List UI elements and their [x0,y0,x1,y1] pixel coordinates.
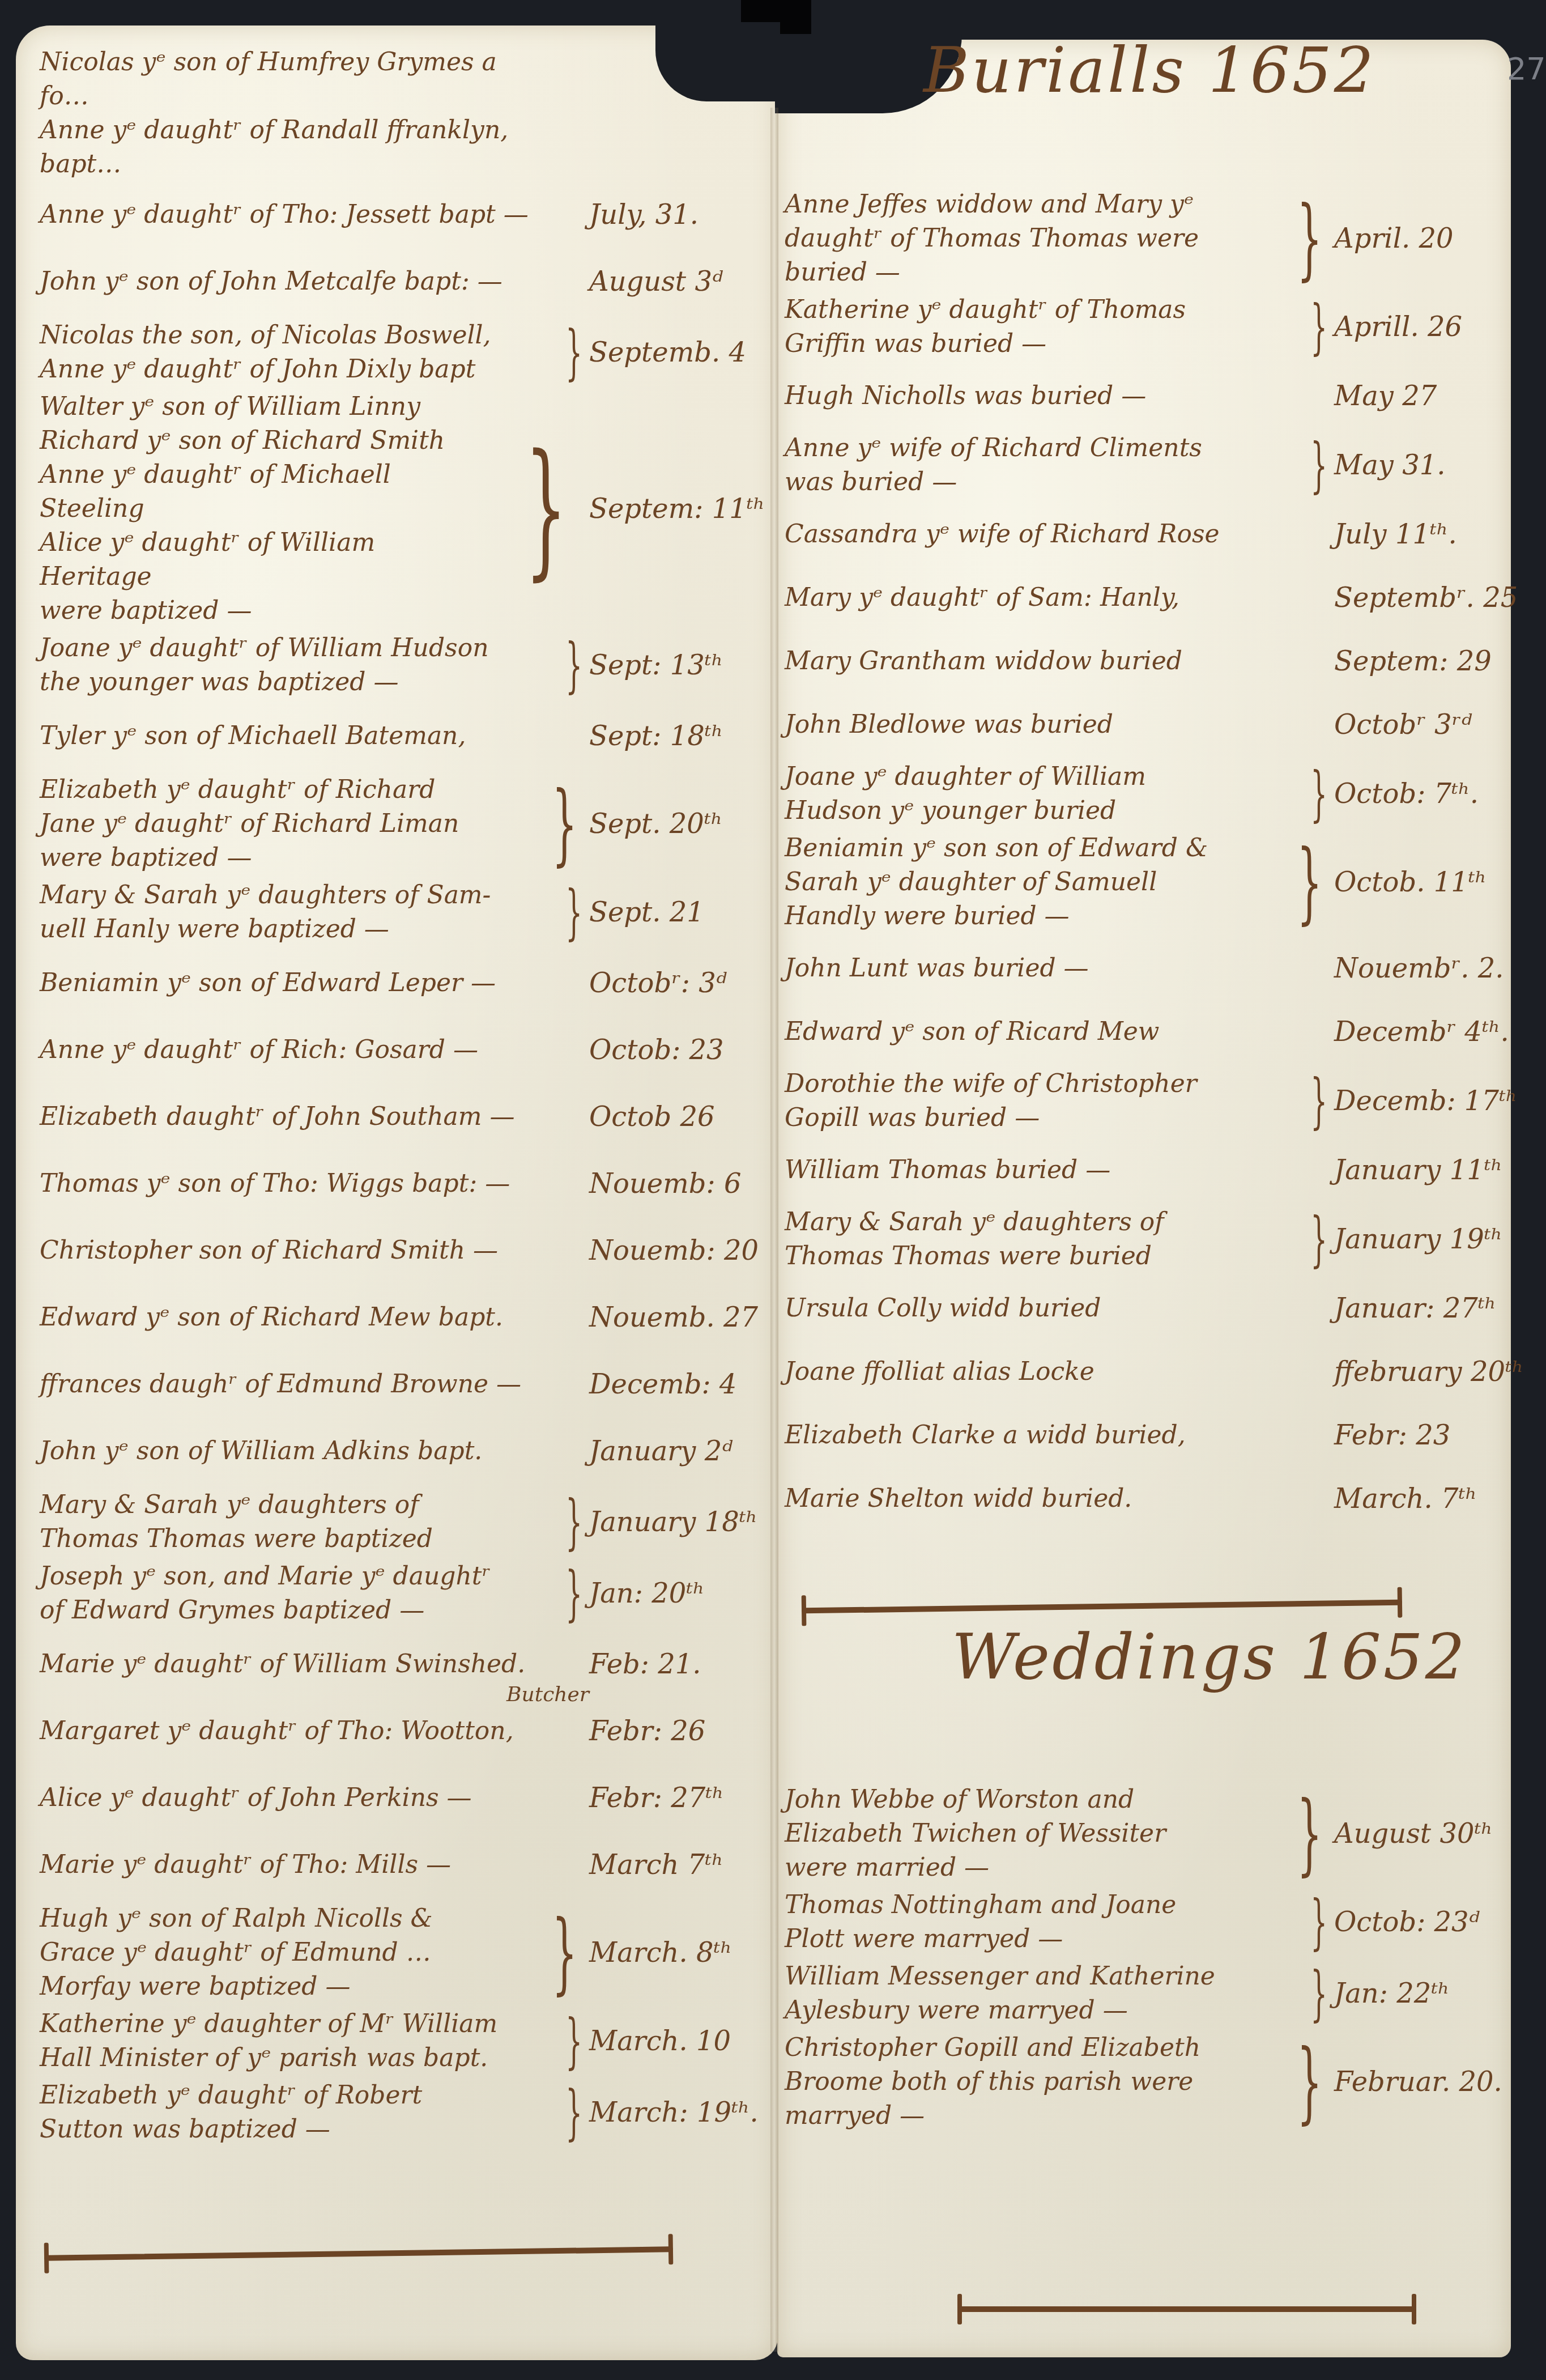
entry-line: John Bledlowe was buried [785,708,1295,742]
register-entry: Nicolas yᵉ son of Humfrey Grymes a fo… } [40,45,759,113]
entry-date: Sept: 13ᵗʰ [589,649,759,681]
register-entry: Joane ffolliat alias Locke } ffebruary 2… [785,1340,1504,1404]
register-entry: Joseph yᵉ son, and Marie yᵉ daughtʳof Ed… [40,1559,759,1627]
entry-text: Joane yᵉ daughtʳ of William Hudsonthe yo… [40,631,559,699]
entry-text: Mary & Sarah yᵉ daughters ofThomas Thoma… [785,1205,1304,1273]
register-entry: Walter yᵉ son of William LinnyRichard yᵉ… [40,390,759,628]
entry-line: John Webbe of Worston and [785,1783,1274,1817]
entry-line: Joseph yᵉ son, and Marie yᵉ daughtʳ [40,1559,547,1593]
entry-text: John yᵉ son of John Metcalfe bapt: — [40,265,561,299]
entry-line: William Thomas buried — [785,1153,1295,1187]
entry-text: Joane ffolliat alias Locke [785,1355,1306,1389]
brace-mark: } [1297,2038,1322,2126]
entry-text: Dorothie the wife of ChristopherGopill w… [785,1067,1304,1135]
entry-line: Elizabeth Twichen of Wessiter [785,1817,1274,1851]
brace-mark: } [565,883,582,942]
entry-date: March. 7ᵗʰ [1334,1483,1504,1515]
entry-line: William Messenger and Katherine [785,1960,1292,1994]
register-entry: Hugh yᵉ son of Ralph Nicolls &Grace yᵉ d… [40,1902,759,2004]
entry-line: Mary Grantham widdow buried [785,644,1295,678]
register-entry: Mary yᵉ daughtʳ of Sam: Hanly, } Septemb… [785,566,1504,630]
brace-mark: } [1310,436,1327,495]
entry-date: Jan: 22ᵗʰ [1334,1978,1504,2009]
entry-text: Hugh Nicholls was buried — [785,379,1306,413]
entry-line: Nicolas the son, of Nicolas Boswell, [40,318,547,352]
register-entry: Ursula Colly widd buried } Januar: 27ᵗʰ [785,1277,1504,1340]
entry-line: Beniamin yᵉ son of Edward Leper — [40,966,550,1000]
entry-date: August 3ᵈ [589,266,759,297]
entry-line: daughtʳ of Thomas Thomas were [785,222,1274,256]
entry-date: Nouemb: 6 [589,1168,759,1200]
entry-text: Edward yᵉ son of Richard Mew bapt. [40,1300,561,1334]
entry-line: Anne yᵉ daughtʳ of John Dixly bapt [40,352,547,386]
entry-line: Marie yᵉ daughtʳ of Tho: Mills — [40,1848,550,1882]
entry-date: Febr: 26 [589,1715,759,1747]
brace-mark: } [1297,1790,1322,1878]
entry-line: Elizabeth daughtʳ of John Southam — [40,1100,550,1134]
entry-line: Joane ffolliat alias Locke [785,1355,1295,1389]
entry-date: Octob: 7ᵗʰ. [1334,778,1504,810]
entry-date: July, 31. [589,199,759,231]
entry-date: Decembʳ 4ᵗʰ. [1334,1016,1504,1048]
entry-date: Feb: 21. [589,1648,759,1680]
entry-line: Hugh Nicholls was buried — [785,379,1295,413]
entry-text: Beniamin yᵉ son son of Edward &Sarah yᵉ … [785,831,1285,933]
entry-line: Edward yᵉ son of Richard Mew bapt. [40,1300,550,1334]
entry-line: Beniamin yᵉ son son of Edward & [785,831,1274,865]
entry-line: Mary & Sarah yᵉ daughters of [785,1205,1292,1239]
register-entry: Edward yᵉ son of Ricard Mew } Decembʳ 4ᵗ… [785,1000,1504,1064]
register-entry: Margaret yᵉ daughtʳ of Tho: Wootton, } F… [40,1698,759,1765]
entry-text: William Messenger and KatherineAylesbury… [785,1960,1304,2028]
entry-date: March: 19ᵗʰ. [589,2097,759,2128]
entry-line: Dorothie the wife of Christopher [785,1067,1292,1101]
entry-date: March. 10 [589,2025,759,2057]
burials-heading: Burialls 1652 [923,34,1376,107]
brace-mark: } [565,1564,582,1623]
entry-text: Edward yᵉ son of Ricard Mew [785,1015,1306,1049]
baptism-list: Nicolas yᵉ son of Humfrey Grymes a fo… }… [40,45,759,2150]
entry-text: Katherine yᵉ daughtʳ of ThomasGriffin wa… [785,293,1304,361]
entry-line: Elizabeth yᵉ daughtʳ of Richard [40,773,529,807]
page-gutter [770,108,778,2352]
register-entry: Beniamin yᵉ son son of Edward &Sarah yᵉ … [785,831,1504,933]
entry-date: Decemb: 4 [589,1368,759,1400]
entry-text: Nicolas the son, of Nicolas Boswell,Anne… [40,318,559,386]
entry-line: Broome both of this parish were [785,2065,1274,2099]
register-entry: Dorothie the wife of ChristopherGopill w… [785,1067,1504,1135]
entry-line: Tyler yᵉ son of Michaell Bateman, [40,719,550,753]
brace-mark: } [1310,1210,1327,1269]
entry-text: Elizabeth daughtʳ of John Southam — [40,1100,561,1134]
entry-date: January 11ᵗʰ [1334,1154,1504,1186]
entry-date: Decemb: 17ᵗʰ [1334,1085,1504,1117]
entry-line: Sarah yᵉ daughter of Samuell [785,865,1274,899]
entry-line: Mary & Sarah yᵉ daughters of Sam- [40,878,547,912]
register-entry: Anne yᵉ wife of Richard Climentswas buri… [785,431,1504,499]
entry-text: Beniamin yᵉ son of Edward Leper — [40,966,561,1000]
closing-rule-right [957,2306,1416,2312]
entry-text: John Bledlowe was buried [785,708,1306,742]
entry-date: May 31. [1334,449,1504,481]
entry-text: Elizabeth Clarke a widd buried, [785,1418,1306,1452]
entry-text: Marie Shelton widd buried. [785,1482,1306,1516]
entry-text: Thomas Nottingham and JoanePlott were ma… [785,1888,1304,1956]
entry-line: Thomas Thomas were baptized [40,1522,547,1556]
register-entry: ffrances daughʳ of Edmund Browne — } Dec… [40,1351,759,1418]
entry-text: Anne yᵉ wife of Richard Climentswas buri… [785,431,1304,499]
register-entry: Tyler yᵉ son of Michaell Bateman, } Sept… [40,703,759,770]
entry-text: ffrances daughʳ of Edmund Browne — [40,1367,561,1401]
entry-date: Nouemb: 20 [589,1235,759,1266]
entry-date: Septemb. 4 [589,337,759,368]
register-entry: Anne Jeffes widdow and Mary yᵉdaughtʳ of… [785,188,1504,290]
entry-line: Mary yᵉ daughtʳ of Sam: Hanly, [785,581,1295,615]
entry-date: Septem: 29 [1334,645,1504,677]
burial-list: Anne Jeffes widdow and Mary yᵉdaughtʳ of… [785,184,1504,1531]
entry-line: the younger was baptized — [40,665,547,699]
register-entry: Marie yᵉ daughtʳ of William Swinshed. } … [40,1631,759,1698]
register-entry: Marie Shelton widd buried. } March. 7ᵗʰ [785,1467,1504,1531]
entry-text: Elizabeth yᵉ daughtʳ of RichardJane yᵉ d… [40,773,540,875]
entry-date: Febr: 27ᵗʰ [589,1782,759,1814]
entry-date: January 19ᵗʰ [1334,1223,1504,1255]
entry-line: Thomas Thomas were buried [785,1239,1292,1273]
entry-line: Marie Shelton widd buried. [785,1482,1295,1516]
entry-line: Sutton was baptized — [40,2113,547,2147]
register-entry: Katherine yᵉ daughter of Mʳ WilliamHall … [40,2007,759,2075]
entry-line: ffrances daughʳ of Edmund Browne — [40,1367,550,1401]
entry-line: Anne yᵉ wife of Richard Climents [785,431,1292,465]
entry-text: Mary yᵉ daughtʳ of Sam: Hanly, [785,581,1306,615]
entry-text: Katherine yᵉ daughter of Mʳ WilliamHall … [40,2007,559,2075]
register-entry: Marie yᵉ daughtʳ of Tho: Mills — } March… [40,1831,759,1898]
entry-line: Hall Minister of yᵉ parish was bapt. [40,2041,547,2075]
entry-line: Griffin was buried — [785,327,1292,361]
entry-date: Sept. 20ᵗʰ [589,808,759,840]
brace-mark: } [1310,1072,1327,1130]
marginal-annotation: Butcher [506,1683,589,1706]
entry-line: Elizabeth Clarke a widd buried, [785,1418,1295,1452]
register-entry: Katherine yᵉ daughtʳ of ThomasGriffin wa… [785,293,1504,361]
register-entry: William Messenger and KatherineAylesbury… [785,1960,1504,2028]
entry-text: Christopher son of Richard Smith — [40,1234,561,1268]
entry-text: Alice yᵉ daughtʳ of John Perkins — [40,1781,561,1815]
entry-line: John yᵉ son of John Metcalfe bapt: — [40,265,550,299]
entry-text: Walter yᵉ son of William LinnyRichard yᵉ… [40,390,502,628]
entry-line: Anne Jeffes widdow and Mary yᵉ [785,188,1274,222]
entry-line: Anne yᵉ daughtʳ of Rich: Gosard — [40,1033,550,1067]
entry-line: Aylesbury were marryed — [785,1994,1292,2028]
register-entry: Beniamin yᵉ son of Edward Leper — } Octo… [40,950,759,1017]
register-entry: Anne yᵉ daughtʳ of Randall ffranklyn, ba… [40,113,759,181]
entry-text: John Webbe of Worston andElizabeth Twich… [785,1783,1285,1885]
entry-date: ffebruary 20ᵗʰ [1334,1356,1504,1388]
entry-date: Octobʳ 3ʳᵈ [1334,709,1504,741]
register-entry: Christopher Gopill and ElizabethBroome b… [785,2031,1504,2133]
register-entry: John Bledlowe was buried } Octobʳ 3ʳᵈ [785,693,1504,756]
register-entry: Alice yᵉ daughtʳ of John Perkins — } Feb… [40,1765,759,1831]
register-entry: John Webbe of Worston andElizabeth Twich… [785,1783,1504,1885]
entry-text: Thomas yᵉ son of Tho: Wiggs bapt: — [40,1167,561,1201]
entry-line: Joane yᵉ daughter of William [785,760,1292,794]
entry-text: Anne yᵉ daughtʳ of Tho: Jessett bapt — [40,198,561,232]
entry-date: Septembʳ. 25 [1334,582,1504,614]
entry-text: Joane yᵉ daughter of WilliamHudson yᵉ yo… [785,760,1304,828]
entry-date: January 18ᵗʰ [589,1506,759,1538]
entry-line: Marie yᵉ daughtʳ of William Swinshed. [40,1647,550,1681]
register-entry: Mary & Sarah yᵉ daughters ofThomas Thoma… [785,1205,1504,1273]
register-entry: John Lunt was buried — } Nouembʳ. 2. [785,937,1504,1000]
entry-line: uell Hanly were baptized — [40,912,547,946]
entry-date: Februar. 20. [1334,2066,1504,2098]
entry-line: Anne yᵉ daughtʳ of Tho: Jessett bapt — [40,198,550,232]
entry-line: John Lunt was buried — [785,951,1295,985]
register-entry: John yᵉ son of William Adkins bapt. } Ja… [40,1418,759,1485]
entry-line: Edward yᵉ son of Ricard Mew [785,1015,1295,1049]
register-entry: Mary & Sarah yᵉ daughters ofThomas Thoma… [40,1488,759,1556]
register-entry: William Thomas buried — } January 11ᵗʰ [785,1138,1504,1202]
folio-number: 27 [1507,51,1546,87]
entry-date: Sept. 21 [589,896,759,928]
entry-text: Christopher Gopill and ElizabethBroome b… [785,2031,1285,2133]
entry-date: Octob: 23 [589,1034,759,1066]
brace-mark: } [565,323,582,382]
entry-line: Joane yᵉ daughtʳ of William Hudson [40,631,547,665]
entry-line: Christopher Gopill and Elizabeth [785,2031,1274,2065]
entry-line: Grace yᵉ daughtʳ of Edmund … [40,1936,529,1970]
entry-line: Richard yᵉ son of Richard Smith [40,424,491,458]
entry-line: Elizabeth yᵉ daughtʳ of Robert [40,2079,547,2113]
entry-line: Gopill was buried — [785,1101,1292,1135]
entry-date: Octob: 23ᵈ [1334,1906,1504,1938]
entry-text: Tyler yᵉ son of Michaell Bateman, [40,719,561,753]
entry-date: Febr: 23 [1334,1419,1504,1451]
entry-text: Anne yᵉ daughtʳ of Randall ffranklyn, ba… [40,113,561,181]
entry-text: William Thomas buried — [785,1153,1306,1187]
entry-date: July 11ᵗʰ. [1334,518,1504,550]
entry-text: Cassandra yᵉ wife of Richard Rose [785,517,1306,551]
brace-mark: } [1310,1964,1327,2023]
entry-date: Nouembʳ. 2. [1334,953,1504,984]
register-entry: Edward yᵉ son of Richard Mew bapt. } Nou… [40,1284,759,1351]
register-entry: Elizabeth Clarke a widd buried, } Febr: … [785,1404,1504,1467]
register-entry: John yᵉ son of John Metcalfe bapt: — } A… [40,248,759,315]
entry-date: Sept: 18ᵗʰ [589,720,759,752]
entry-line: Anne yᵉ daughtʳ of Randall ffranklyn, ba… [40,113,550,181]
entry-line: Nicolas yᵉ son of Humfrey Grymes a fo… [40,45,550,113]
entry-date: January 2ᵈ [589,1435,759,1467]
entry-line: were married — [785,1851,1274,1885]
entry-line: Anne yᵉ daughtʳ of Michaell Steeling [40,458,491,526]
brace-mark: } [525,435,567,583]
brace-mark: } [552,780,577,868]
entry-line: was buried — [785,465,1292,499]
entry-date: April. 20 [1334,223,1504,254]
entry-line: Katherine yᵉ daughter of Mʳ William [40,2007,547,2041]
brace-mark: } [565,1493,582,1552]
brace-mark: } [565,2083,582,2142]
entry-date: March. 8ᵗʰ [589,1937,759,1969]
entry-line: were baptized — [40,594,491,628]
brace-mark: } [565,636,582,695]
register-entry: Anne yᵉ daughtʳ of Tho: Jessett bapt — }… [40,181,759,248]
entry-text: Anne Jeffes widdow and Mary yᵉdaughtʳ of… [785,188,1285,290]
entry-text: John Lunt was buried — [785,951,1306,985]
register-entry: Mary Grantham widdow buried } Septem: 29 [785,630,1504,693]
register-entry: Joane yᵉ daughter of WilliamHudson yᵉ yo… [785,760,1504,828]
entry-date: Aprill. 26 [1334,311,1504,343]
brace-mark: } [552,1909,577,1997]
brace-mark: } [1310,1893,1327,1952]
register-entry: Elizabeth yᵉ daughtʳ of RichardJane yᵉ d… [40,773,759,875]
register-entry: Christopher son of Richard Smith — } Nou… [40,1217,759,1284]
register-entry: Elizabeth daughtʳ of John Southam — } Oc… [40,1083,759,1150]
entry-line: buried — [785,256,1274,290]
brace-mark: } [1297,838,1322,926]
entry-line: were baptized — [40,841,529,875]
entry-date: May 27 [1334,380,1504,412]
entry-date: Septem: 11ᵗʰ [589,493,759,525]
wedding-list: John Webbe of Worston andElizabeth Twich… [785,1779,1504,2136]
entry-line: Plott were marryed — [785,1922,1292,1956]
brace-mark: } [1310,764,1327,823]
entry-line: marryed — [785,2099,1274,2133]
entry-date: Nouemb. 27 [589,1302,759,1333]
entry-date: Octob 26 [589,1101,759,1133]
entry-text: Nicolas yᵉ son of Humfrey Grymes a fo… [40,45,561,113]
entry-date: August 30ᵗʰ [1334,1818,1504,1850]
entry-line: Mary & Sarah yᵉ daughters of [40,1488,547,1522]
register-entry: Thomas Nottingham and JoanePlott were ma… [785,1888,1504,1956]
entry-date: Jan: 20ᵗʰ [589,1578,759,1609]
register-entry: Mary & Sarah yᵉ daughters of Sam-uell Ha… [40,878,759,946]
entry-date: Octobʳ: 3ᵈ [589,967,759,999]
entry-text: Mary & Sarah yᵉ daughters ofThomas Thoma… [40,1488,559,1556]
entry-text: Joseph yᵉ son, and Marie yᵉ daughtʳof Ed… [40,1559,559,1627]
entry-line: Margaret yᵉ daughtʳ of Tho: Wootton, [40,1714,550,1748]
register-entry: Cassandra yᵉ wife of Richard Rose } July… [785,503,1504,566]
register-entry: Thomas yᵉ son of Tho: Wiggs bapt: — } No… [40,1150,759,1217]
entry-line: Alice yᵉ daughtʳ of William Heritage [40,526,491,594]
entry-line: John yᵉ son of William Adkins bapt. [40,1434,550,1468]
entry-text: Mary & Sarah yᵉ daughters of Sam-uell Ha… [40,878,559,946]
entry-text: Mary Grantham widdow buried [785,644,1306,678]
entry-text: Elizabeth yᵉ daughtʳ of RobertSutton was… [40,2079,559,2147]
register-entry: Joane yᵉ daughtʳ of William Hudsonthe yo… [40,631,759,699]
brace-mark: } [1297,194,1322,283]
entry-text: Marie yᵉ daughtʳ of William Swinshed. [40,1647,561,1681]
entry-date: March 7ᵗʰ [589,1849,759,1881]
brace-mark: } [1310,297,1327,356]
entry-text: Margaret yᵉ daughtʳ of Tho: Wootton, [40,1714,561,1748]
register-entry: Hugh Nicholls was buried — } May 27 [785,364,1504,428]
entry-line: Jane yᵉ daughtʳ of Richard Liman [40,807,529,841]
entry-date: Octob. 11ᵗʰ [1334,866,1504,898]
entry-line: Hudson yᵉ younger buried [785,794,1292,828]
register-entry: Anne yᵉ daughtʳ of Rich: Gosard — } Octo… [40,1017,759,1083]
entry-line: Christopher son of Richard Smith — [40,1234,550,1268]
weddings-heading: Weddings 1652 [952,1621,1467,1693]
entry-line: Katherine yᵉ daughtʳ of Thomas [785,293,1292,327]
entry-line: Walter yᵉ son of William Linny [40,390,491,424]
entry-line: Thomas yᵉ son of Tho: Wiggs bapt: — [40,1167,550,1201]
entry-line: Morfay were baptized — [40,1970,529,2004]
register-entry: Elizabeth yᵉ daughtʳ of RobertSutton was… [40,2079,759,2147]
entry-text: Ursula Colly widd buried [785,1291,1306,1325]
entry-line: Alice yᵉ daughtʳ of John Perkins — [40,1781,550,1815]
entry-text: Anne yᵉ daughtʳ of Rich: Gosard — [40,1033,561,1067]
brace-mark: } [565,2012,582,2071]
entry-text: Marie yᵉ daughtʳ of Tho: Mills — [40,1848,561,1882]
entry-text: John yᵉ son of William Adkins bapt. [40,1434,561,1468]
entry-line: Thomas Nottingham and Joane [785,1888,1292,1922]
entry-line: Cassandra yᵉ wife of Richard Rose [785,517,1295,551]
entry-line: Hugh yᵉ son of Ralph Nicolls & [40,1902,529,1936]
register-entry: Nicolas the son, of Nicolas Boswell,Anne… [40,318,759,386]
entry-line: of Edward Grymes baptized — [40,1593,547,1627]
entry-date: Januar: 27ᵗʰ [1334,1293,1504,1324]
entry-line: Handly were buried — [785,899,1274,933]
entry-text: Hugh yᵉ son of Ralph Nicolls &Grace yᵉ d… [40,1902,540,2004]
entry-line: Ursula Colly widd buried [785,1291,1295,1325]
